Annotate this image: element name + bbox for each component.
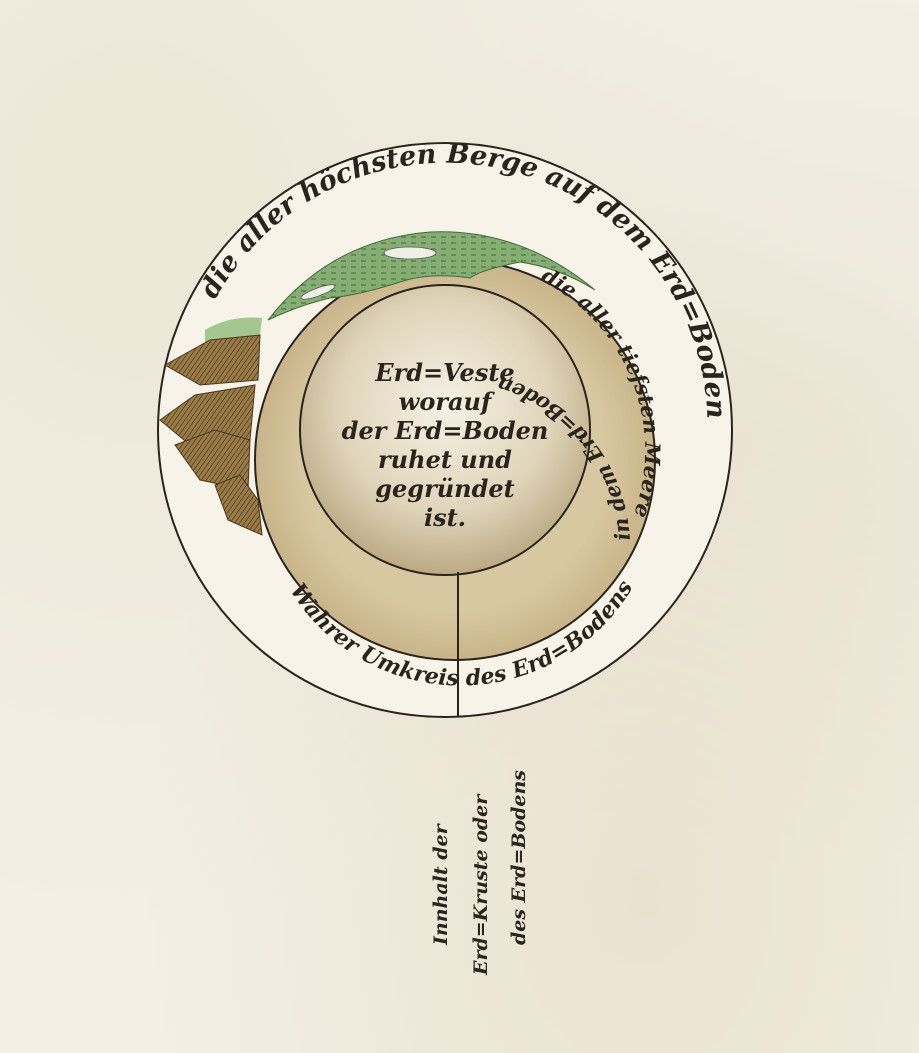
center-line: ruhet und [378,445,512,474]
center-label: Erd=Veste worauf der Erd=Boden ruhet und… [300,330,590,560]
vertical-label-line-1: Innhalt der [430,824,452,945]
vertical-label-line-2: Erd=Kruste oder [470,795,492,975]
center-line: der Erd=Boden [342,416,549,445]
center-line: worauf [399,387,492,416]
vertical-label-line-3: des Erd=Bodens [508,770,530,945]
center-line: ist. [424,503,466,532]
fish-icon [384,247,436,259]
center-line: Erd=Veste [375,358,514,387]
center-line: gegründet [375,474,515,503]
